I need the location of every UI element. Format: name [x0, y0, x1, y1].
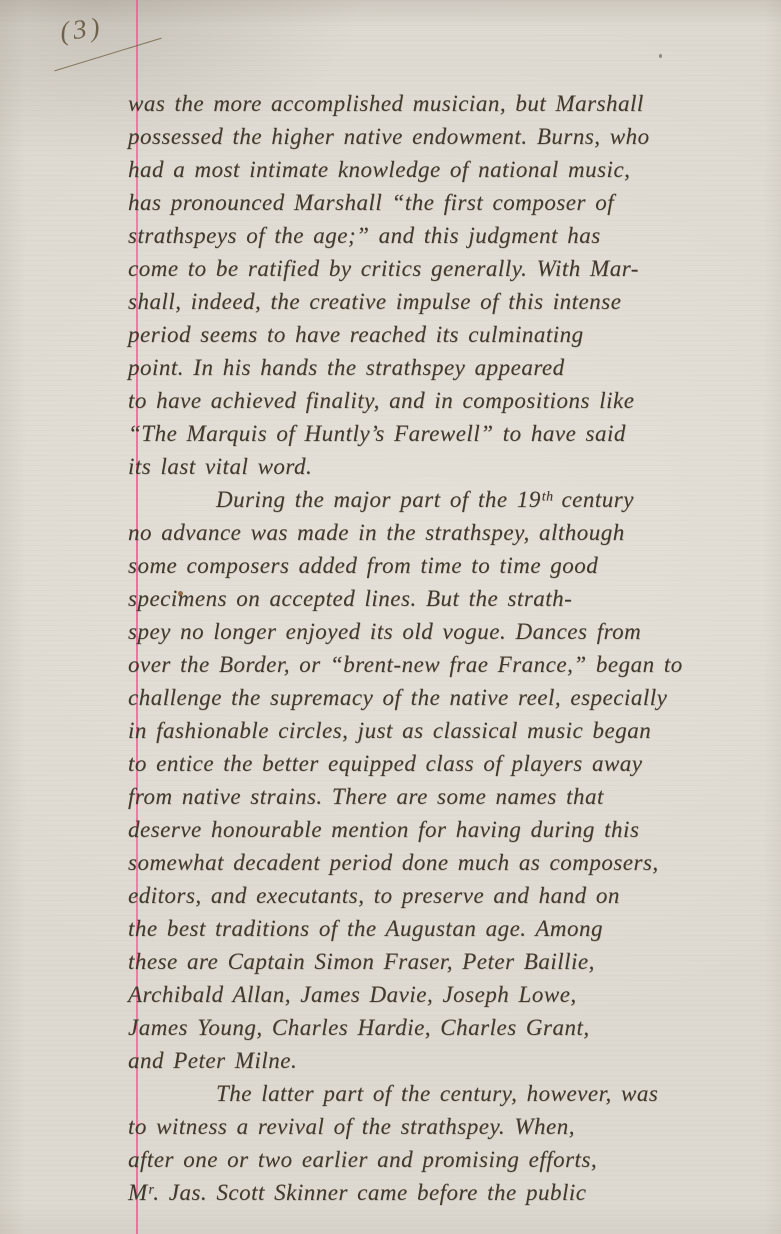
manuscript-line: possessed the higher native endowment. B…: [128, 120, 776, 153]
manuscript-line: in fashionable circles, just as classica…: [128, 714, 776, 747]
manuscript-line: challenge the supremacy of the native re…: [128, 681, 776, 714]
manuscript-line: deserve honourable mention for having du…: [128, 813, 776, 846]
manuscript-page: (3) was the more accomplished musician, …: [0, 0, 781, 1234]
manuscript-line: editors, and executants, to preserve and…: [128, 879, 776, 912]
manuscript-line: come to be ratified by critics generally…: [128, 252, 776, 285]
ink-speck: [659, 54, 662, 58]
manuscript-line: strathspeys of the age;” and this judgme…: [128, 219, 776, 252]
manuscript-line: to entice the better equipped class of p…: [128, 747, 776, 780]
manuscript-line: some composers added from time to time g…: [128, 549, 776, 582]
manuscript-line: James Young, Charles Hardie, Charles Gra…: [128, 1011, 776, 1044]
manuscript-line: no advance was made in the strathspey, a…: [128, 516, 776, 549]
manuscript-line: to have achieved finality, and in compos…: [128, 384, 776, 417]
manuscript-line: had a most intimate knowledge of nationa…: [128, 153, 776, 186]
manuscript-line: somewhat decadent period done much as co…: [128, 846, 776, 879]
manuscript-line: Archibald Allan, James Davie, Joseph Low…: [128, 978, 776, 1011]
manuscript-line-paragraph-start: During the major part of the 19ᵗʰ centur…: [128, 483, 776, 516]
manuscript-line: Mʳ. Jas. Scott Skinner came before the p…: [128, 1176, 776, 1209]
manuscript-line-paragraph-start: The latter part of the century, however,…: [128, 1077, 776, 1110]
manuscript-line: its last vital word.: [128, 450, 776, 483]
manuscript-line: the best traditions of the Augustan age.…: [128, 912, 776, 945]
manuscript-line: from native strains. There are some name…: [128, 780, 776, 813]
manuscript-line: specimens on accepted lines. But the str…: [128, 582, 776, 615]
manuscript-line: these are Captain Simon Fraser, Peter Ba…: [128, 945, 776, 978]
manuscript-line: and Peter Milne.: [128, 1044, 776, 1077]
page-number: (3): [58, 11, 105, 47]
manuscript-line: to witness a revival of the strathspey. …: [128, 1110, 776, 1143]
manuscript-text: was the more accomplished musician, but …: [128, 87, 776, 1209]
manuscript-line: point. In his hands the strathspey appea…: [128, 351, 776, 384]
manuscript-line: over the Border, or “brent-new frae Fran…: [128, 648, 776, 681]
manuscript-line: spey no longer enjoyed its old vogue. Da…: [128, 615, 776, 648]
manuscript-line: “The Marquis of Huntly’s Farewell” to ha…: [128, 417, 776, 450]
manuscript-line: shall, indeed, the creative impulse of t…: [128, 285, 776, 318]
manuscript-line: has pronounced Marshall “the first compo…: [128, 186, 776, 219]
manuscript-line: period seems to have reached its culmina…: [128, 318, 776, 351]
manuscript-line: after one or two earlier and promising e…: [128, 1143, 776, 1176]
manuscript-line: was the more accomplished musician, but …: [128, 87, 776, 120]
